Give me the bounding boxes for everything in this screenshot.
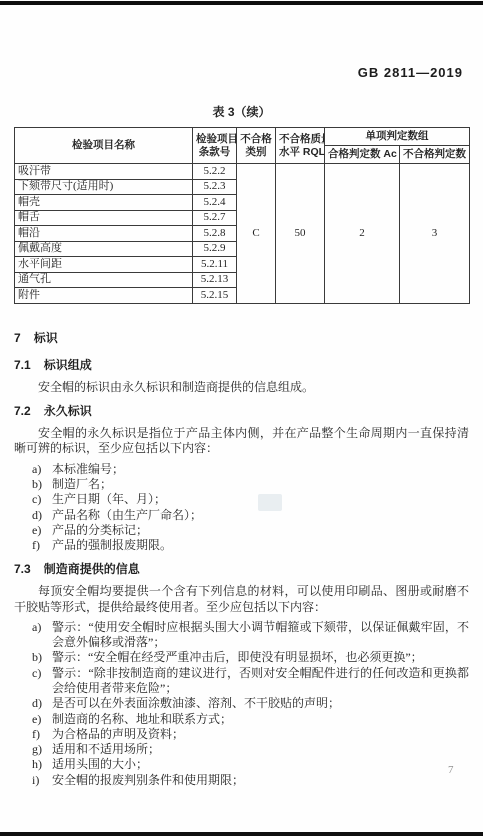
- list-item: g) 适用和不适用场所；: [14, 742, 469, 757]
- list-item: d) 是否可以在外表面涂敷油漆、溶剂、不干胶贴的声明；: [14, 696, 469, 711]
- table-row: 吸汗带 5.2.2 C 50 2 3: [15, 164, 470, 180]
- list-item-label: b): [32, 650, 42, 665]
- cell-clause: 5.2.2: [193, 164, 237, 180]
- col-header-re: 不合格判定数 Re: [400, 146, 470, 164]
- cell-item-name: 帽沿: [15, 226, 193, 242]
- section-7-1-title: 标识组成: [44, 358, 92, 372]
- col-header-rql-line1: 不合格质量: [279, 133, 325, 145]
- list-item-label: c): [32, 666, 41, 681]
- cell-rql-merged: 50: [276, 164, 325, 304]
- list-item-label: f): [32, 538, 40, 553]
- document-body: 7标识 7.1标识组成 安全帽的标识由永久标识和制造商提供的信息组成。 7.2永…: [14, 331, 469, 788]
- cell-clause: 5.2.15: [193, 288, 237, 304]
- list-item-label: d): [32, 696, 42, 711]
- section-7-title: 标识: [34, 331, 58, 345]
- list-item: e) 制造商的名称、地址和联系方式；: [14, 712, 469, 727]
- table-caption: 表 3（续）: [0, 103, 483, 120]
- list-item-text: 产品的强制报废期限。: [52, 538, 172, 552]
- list-item: i) 安全帽的报废判别条件和使用期限；: [14, 773, 469, 788]
- cell-clause: 5.2.7: [193, 210, 237, 226]
- cell-item-name: 通气孔: [15, 272, 193, 288]
- section-7-1-paragraph: 安全帽的标识由永久标识和制造商提供的信息组成。: [14, 380, 469, 395]
- list-item: h) 适用头围的大小；: [14, 757, 469, 772]
- cell-item-name: 水平间距: [15, 257, 193, 273]
- cell-item-name: 吸汗带: [15, 164, 193, 180]
- list-item-text: 是否可以在外表面涂敷油漆、溶剂、不干胶贴的声明；: [52, 696, 340, 710]
- list-item-label: d): [32, 508, 42, 523]
- list-item: b) 警示：“安全帽在经受严重冲击后，即使没有明显损坏，也必须更换”；: [14, 650, 469, 665]
- list-item: c) 警示：“除非按制造商的建议进行，否则对安全帽配件进行的任何改造和更换都会给…: [14, 666, 469, 697]
- col-header-judgement-group: 单项判定数组: [325, 128, 470, 146]
- section-7-1-heading: 7.1标识组成: [14, 358, 469, 373]
- document-page: GB 2811—2019 表 3（续） 检验项目名称 检验项目 条款号 不合格 …: [0, 0, 483, 839]
- col-header-clause-line2: 条款号: [199, 146, 231, 158]
- cell-clause: 5.2.8: [193, 226, 237, 242]
- list-item-text: 产品名称（由生产厂命名）；: [52, 508, 202, 522]
- section-7-2-paragraph: 安全帽的永久标识是指位于产品主体内侧，并在产品整个生命周期内一直保持清晰可辨的标…: [14, 426, 469, 456]
- section-7-3-number: 7.3: [14, 562, 31, 576]
- section-7-2-number: 7.2: [14, 404, 31, 418]
- list-item: d) 产品名称（由生产厂命名）；: [14, 508, 469, 523]
- list-item: b) 制造厂名；: [14, 477, 469, 492]
- cell-item-name: 附件: [15, 288, 193, 304]
- list-item: a) 警示：“使用安全帽时应根据头围大小调节帽箍或下颏带，以保证佩戴牢固，不会意…: [14, 620, 469, 651]
- list-item-text: 警示：“使用安全帽时应根据头围大小调节帽箍或下颏带，以保证佩戴牢固，不会意外偏移…: [52, 620, 469, 649]
- list-item-text: 本标准编号；: [52, 462, 124, 476]
- list-item-label: b): [32, 477, 42, 492]
- col-header-category-line1: 不合格: [240, 133, 272, 145]
- col-header-rql: 不合格质量 水平 RQL: [276, 128, 325, 164]
- scan-artifact-top-bar: [0, 1, 483, 5]
- col-header-ac: 合格判定数 Ac: [325, 146, 400, 164]
- list-item: f) 为合格品的声明及资料；: [14, 727, 469, 742]
- col-header-category-line2: 类别: [246, 146, 267, 158]
- list-item-text: 产品的分类标记；: [52, 523, 148, 537]
- list-item: e) 产品的分类标记；: [14, 523, 469, 538]
- list-item-text: 适用头围的大小；: [52, 757, 148, 771]
- list-item-text: 适用和不适用场所；: [52, 742, 160, 756]
- page-number: 7: [448, 764, 454, 776]
- cell-item-name: 佩戴高度: [15, 241, 193, 257]
- section-7-2-heading: 7.2永久标识: [14, 404, 469, 419]
- list-item-text: 为合格品的声明及资料；: [52, 727, 184, 741]
- list-item: a) 本标准编号；: [14, 462, 469, 477]
- col-header-category: 不合格 类别: [237, 128, 276, 164]
- list-item-label: h): [32, 757, 42, 772]
- cell-category-merged: C: [237, 164, 276, 304]
- list-item-label: c): [32, 492, 41, 507]
- cell-item-name: 帽舌: [15, 210, 193, 226]
- list-item-label: e): [32, 523, 41, 538]
- section-7-1-number: 7.1: [14, 358, 31, 372]
- list-item: f) 产品的强制报废期限。: [14, 538, 469, 553]
- list-item: c) 生产日期（年、月）；: [14, 492, 469, 507]
- cell-clause: 5.2.13: [193, 272, 237, 288]
- cell-clause: 5.2.9: [193, 241, 237, 257]
- cell-ac-merged: 2: [325, 164, 400, 304]
- col-header-clause-line1: 检验项目: [196, 133, 237, 145]
- col-header-rql-line2: 水平 RQL: [279, 146, 325, 158]
- cell-re-merged: 3: [400, 164, 470, 304]
- section-7-3-title: 制造商提供的信息: [44, 562, 140, 576]
- list-item-label: a): [32, 620, 41, 635]
- section-7-number: 7: [14, 331, 21, 345]
- section-7-2-title: 永久标识: [44, 404, 92, 418]
- list-item-text: 警示：“除非按制造商的建议进行，否则对安全帽配件进行的任何改造和更换都会给使用者…: [52, 666, 469, 695]
- cell-clause: 5.2.11: [193, 257, 237, 273]
- section-7-3-paragraph: 每顶安全帽均要提供一个含有下列信息的材料，可以使用印刷品、图册或耐磨不干胶贴等形…: [14, 584, 469, 614]
- col-header-item-name: 检验项目名称: [15, 128, 193, 164]
- inspection-table: 检验项目名称 检验项目 条款号 不合格 类别 不合格质量 水平 RQL 单项判定…: [14, 127, 470, 304]
- list-item-label: e): [32, 712, 41, 727]
- list-item-text: 制造商的名称、地址和联系方式；: [52, 712, 232, 726]
- list-item-label: i): [32, 773, 39, 788]
- list-item-text: 制造厂名；: [52, 477, 112, 491]
- standard-code: GB 2811—2019: [358, 65, 463, 80]
- cell-item-name: 下颏带尺寸(适用时): [15, 179, 193, 195]
- cell-clause: 5.2.4: [193, 195, 237, 211]
- section-7-heading: 7标识: [14, 331, 469, 346]
- list-item-text: 警示：“安全帽在经受严重冲击后，即使没有明显损坏，也必须更换”；: [52, 650, 423, 664]
- cell-clause: 5.2.3: [193, 179, 237, 195]
- table-header-row-1: 检验项目名称 检验项目 条款号 不合格 类别 不合格质量 水平 RQL 单项判定…: [15, 128, 470, 146]
- list-item-label: f): [32, 727, 40, 742]
- list-item-text: 生产日期（年、月）；: [52, 492, 166, 506]
- list-item-label: g): [32, 742, 42, 757]
- list-item-label: a): [32, 462, 41, 477]
- scan-artifact-bottom-bar: [0, 832, 483, 836]
- section-7-3-heading: 7.3制造商提供的信息: [14, 562, 469, 577]
- col-header-clause: 检验项目 条款号: [193, 128, 237, 164]
- list-item-text: 安全帽的报废判别条件和使用期限；: [52, 773, 244, 787]
- cell-item-name: 帽壳: [15, 195, 193, 211]
